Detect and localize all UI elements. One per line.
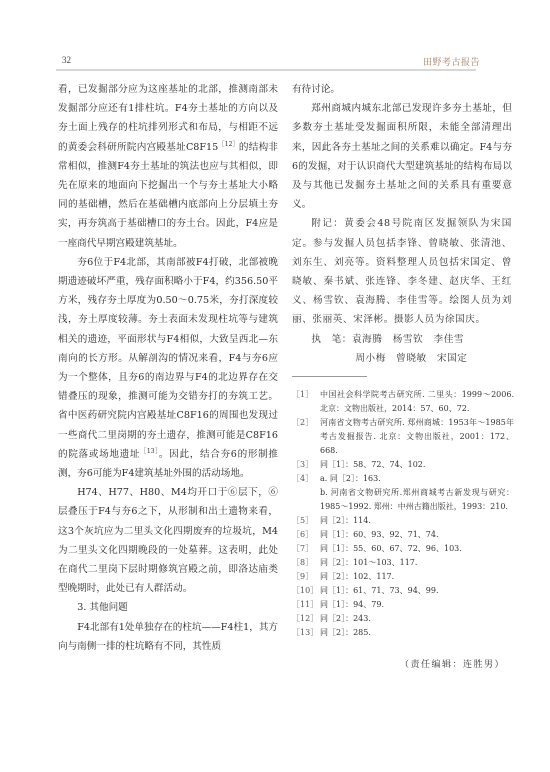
paragraph-text: F4北部有1处单独存在的柱坑——F4柱1，其方向与南侧一排的柱坑略有不同，其性质 — [58, 622, 278, 652]
appendix-note: 附记：黄委会48号院南区发掘领队为宋国定。参与发掘人员包括李锋、曾晓敏、张清池、… — [292, 214, 512, 329]
paragraph-text: H74、H77、H80、M4均开口于⑥层下，⑥层叠压于F4与夯6之下，从形制和出… — [58, 487, 278, 594]
journal-title: 田野考古报告 — [423, 55, 480, 68]
heading-text: 3. 其他问题 — [77, 602, 128, 613]
reference-number: ［1］ — [292, 388, 320, 416]
reference-text: 同［2］：285. — [320, 626, 514, 640]
reference-text: a. 同［2］：163.b. 河南省文物研究所.郑州商城考古新发现与研究：198… — [320, 472, 514, 514]
reference-text: 河南省文物考古研究所. 郑州商城：1953年～1985年考古发掘报告. 北京：文… — [320, 416, 514, 458]
references-list: ［1］中国社会科学院考古研究所. 二里头：1999～2006. 北京：文物出版社… — [292, 388, 514, 640]
reference-number: ［11］ — [292, 598, 320, 612]
reference-text: 同［2］：102、117. — [320, 570, 514, 584]
section-heading: 3. 其他问题 — [58, 598, 278, 617]
reference-subitem-a: a. 同［2］：163. — [320, 472, 514, 486]
reference-subitem-b: b. 河南省文物研究所.郑州商城考古新发现与研究：1985～1992. 郑州：中… — [320, 486, 514, 514]
reference-text: 同［1］：55、60、67、72、96、103. — [320, 542, 514, 556]
paragraph: F4北部有1处单独存在的柱坑——F4柱1，其方向与南侧一排的柱坑略有不同，其性质 — [58, 618, 278, 656]
reference-number: ［9］ — [292, 570, 320, 584]
reference-number: ［8］ — [292, 556, 320, 570]
citation-13[interactable]: ［13］ — [140, 448, 159, 455]
reference-item: ［7］同［1］：55、60、67、72、96、103. — [292, 542, 514, 556]
reference-item: ［9］同［2］：102、117. — [292, 570, 514, 584]
paragraph-text: 夯6位于F4北部，其南部被F4打破，北部被晚期遗迹破坏严重，残存面积略小于F4，… — [58, 257, 278, 460]
reference-item: ［2］河南省文物考古研究所. 郑州商城：1953年～1985年考古发掘报告. 北… — [292, 416, 514, 458]
reference-number: ［12］ — [292, 612, 320, 626]
authors-line-1: 执 笔：袁海腾 杨雪钦 李佳雪 — [292, 330, 512, 349]
reference-number: ［5］ — [292, 514, 320, 528]
reference-item: ［11］同［1］：94、79. — [292, 598, 514, 612]
footnote-rule — [292, 376, 367, 377]
reference-text: 同［1］：58、72、74、102. — [320, 458, 514, 472]
responsible-editor: （责任编辑：连胜男） — [400, 657, 505, 670]
paragraph: 郑州商城内城东北部已发现许多夯土基址，但多数夯土基址受发掘面积所限，未能全部清理… — [292, 99, 512, 214]
reference-number: ［3］ — [292, 458, 320, 472]
page-header: 32 田野考古报告 — [56, 52, 476, 70]
reference-number: ［10］ — [292, 584, 320, 598]
reference-number: ［13］ — [292, 626, 320, 640]
left-column: 看，已发掘部分应为这座基址的北部，推测南部未发掘部分应还有1排柱坑。F4夯土基址… — [58, 80, 278, 656]
authors-names: 袁海腾 杨雪钦 李佳雪 — [352, 334, 464, 345]
reference-number: ［6］ — [292, 528, 320, 542]
authors-label: 执 笔： — [311, 334, 352, 345]
reference-number: ［7］ — [292, 542, 320, 556]
paragraph: 夯6位于F4北部，其南部被F4打破，北部被晚期遗迹破坏严重，残存面积略小于F4，… — [58, 253, 278, 483]
right-column: 有待讨论。 郑州商城内城东北部已发现许多夯土基址，但多数夯土基址受发掘面积所限，… — [292, 80, 512, 368]
authors-line-2: 周小梅 曾晓敏 宋国定 — [292, 349, 512, 368]
paragraph-text: 的结构非常相似，推测F4夯土基址的筑法也应与其相似，即先在原来的地面向下挖掘出一… — [58, 142, 278, 249]
reference-item: ［6］同［1］：60、93、92、71、74. — [292, 528, 514, 542]
reference-text: 同［2］：114. — [320, 514, 514, 528]
authors-names: 周小梅 曾晓敏 宋国定 — [355, 353, 467, 364]
paragraph: H74、H77、H80、M4均开口于⑥层下，⑥层叠压于F4与夯6之下，从形制和出… — [58, 483, 278, 598]
reference-item: ［12］同［2］：243. — [292, 612, 514, 626]
reference-text: 同［1］：94、79. — [320, 598, 514, 612]
reference-item: ［3］同［1］：58、72、74、102. — [292, 458, 514, 472]
reference-item: ［1］中国社会科学院考古研究所. 二里头：1999～2006. 北京：文物出版社… — [292, 388, 514, 416]
reference-text: 同［1］：60、93、92、71、74. — [320, 528, 514, 542]
reference-item: ［10］同［1］：61、71、73、94、99. — [292, 584, 514, 598]
citation-12[interactable]: ［12］ — [218, 140, 239, 147]
authors-block: 执 笔：袁海腾 杨雪钦 李佳雪 周小梅 曾晓敏 宋国定 — [292, 330, 512, 368]
reference-text: 同［1］：61、71、73、94、99. — [320, 584, 514, 598]
reference-text: 中国社会科学院考古研究所. 二里头：1999～2006. 北京：文物出版社，20… — [320, 388, 514, 416]
reference-text: 同［2］：101～103、117. — [320, 556, 514, 570]
reference-item: ［4］a. 同［2］：163.b. 河南省文物研究所.郑州商城考古新发现与研究：… — [292, 472, 514, 514]
reference-number: ［2］ — [292, 416, 320, 458]
reference-item: ［13］同［2］：285. — [292, 626, 514, 640]
reference-item: ［5］同［2］：114. — [292, 514, 514, 528]
header-rule — [56, 69, 476, 71]
reference-item: ［8］同［2］：101～103、117. — [292, 556, 514, 570]
paragraph: 有待讨论。 — [292, 80, 512, 99]
page-number: 32 — [62, 55, 71, 65]
reference-text: 同［2］：243. — [320, 612, 514, 626]
paragraph: 看，已发掘部分应为这座基址的北部，推测南部未发掘部分应还有1排柱坑。F4夯土基址… — [58, 80, 278, 253]
reference-number: ［4］ — [292, 472, 320, 514]
